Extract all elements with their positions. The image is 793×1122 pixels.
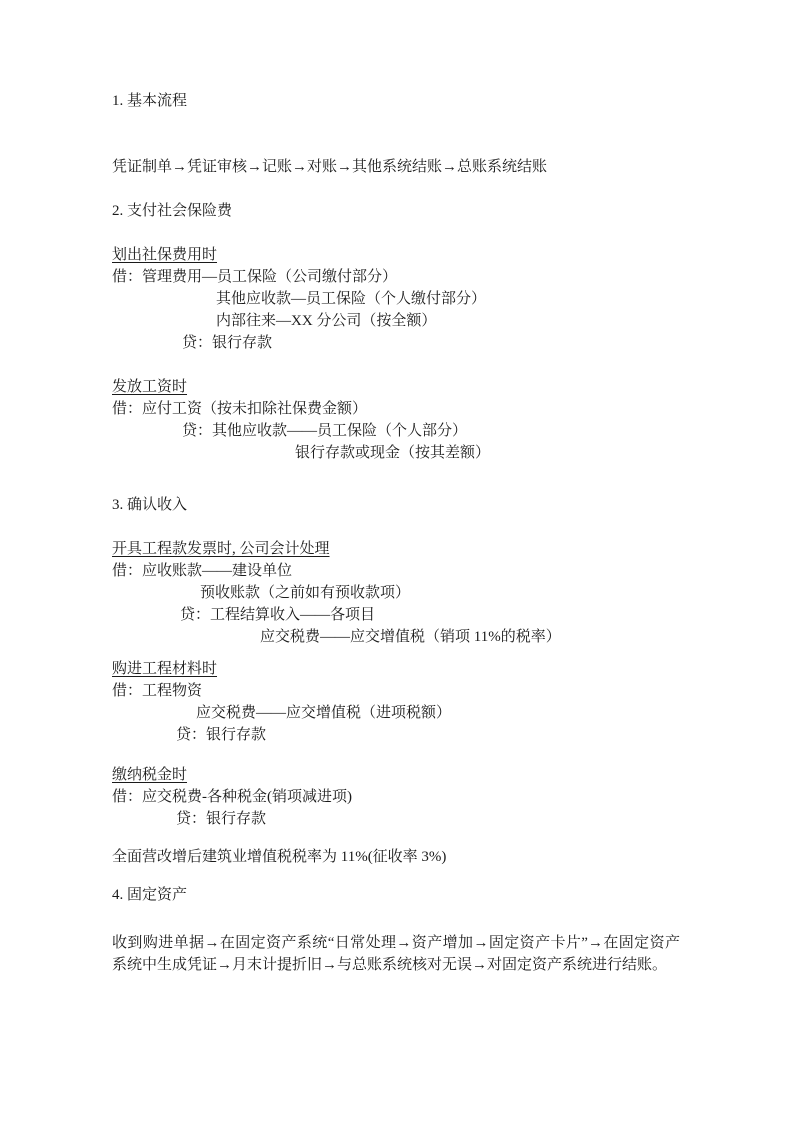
journal-entry-line: 贷：银行存款 xyxy=(112,724,680,746)
document-page: 1. 基本流程 凭证制单→凭证审核→记账→对账→其他系统结账→总账系统结账 2.… xyxy=(0,0,793,1122)
journal-entry-line: 应交税费——应交增值税（进项税额） xyxy=(112,702,680,724)
process-flow-line: 凭证制单→凭证审核→记账→对账→其他系统结账→总账系统结账 xyxy=(112,156,680,178)
section-4-heading: 4. 固定资产 xyxy=(112,884,680,906)
section-2-heading: 2. 支付社会保险费 xyxy=(112,200,680,222)
section-basic-flow: 1. 基本流程 凭证制单→凭证审核→记账→对账→其他系统结账→总账系统结账 xyxy=(112,90,680,178)
journal-entry-line: 贷：银行存款 xyxy=(112,808,680,830)
fixed-assets-process-paragraph: 收到购进单据→在固定资产系统“日常处理→资产增加→固定资产卡片”→在固定资产系统… xyxy=(112,932,680,976)
section-revenue-recognition: 3. 确认收入 开具工程款发票时, 公司会计处理 借：应收账款——建设单位 预收… xyxy=(112,494,680,868)
journal-entry-line: 借：应收账款——建设单位 xyxy=(112,560,680,582)
vat-rate-note: 全面营改增后建筑业增值税税率为 11%(征收率 3%) xyxy=(112,846,680,868)
journal-entry-line: 借：应交税费-各种税金(销项减进项) xyxy=(112,786,680,808)
subheading-transfer-social-fee: 划出社保费用时 xyxy=(112,244,680,266)
subheading-purchase-materials: 购进工程材料时 xyxy=(112,658,680,680)
journal-entry-line: 预收账款（之前如有预收款项） xyxy=(112,582,680,604)
journal-entry-line: 贷：其他应收款——员工保险（个人部分） xyxy=(112,420,680,442)
journal-entry-line: 借：工程物资 xyxy=(112,680,680,702)
journal-entry-line: 应交税费——应交增值税（销项 11%的税率） xyxy=(112,626,680,648)
subheading-invoice-issued: 开具工程款发票时, 公司会计处理 xyxy=(112,538,680,560)
section-social-insurance: 2. 支付社会保险费 划出社保费用时 借：管理费用—员工保险（公司缴付部分） 其… xyxy=(112,200,680,464)
subheading-pay-taxes: 缴纳税金时 xyxy=(112,764,680,786)
subheading-pay-salary: 发放工资时 xyxy=(112,376,680,398)
journal-entry-line: 贷：工程结算收入——各项目 xyxy=(112,604,680,626)
section-1-heading: 1. 基本流程 xyxy=(112,90,680,112)
journal-entry-line: 借：应付工资（按未扣除社保费金额） xyxy=(112,398,680,420)
journal-entry-line: 贷：银行存款 xyxy=(112,332,680,354)
section-fixed-assets: 4. 固定资产 收到购进单据→在固定资产系统“日常处理→资产增加→固定资产卡片”… xyxy=(112,884,680,976)
journal-entry-line: 借：管理费用—员工保险（公司缴付部分） xyxy=(112,266,680,288)
journal-entry-line: 银行存款或现金（按其差额） xyxy=(112,442,680,464)
journal-entry-line: 内部往来—XX 分公司（按全额） xyxy=(112,310,680,332)
journal-entry-line: 其他应收款—员工保险（个人缴付部分） xyxy=(112,288,680,310)
section-3-heading: 3. 确认收入 xyxy=(112,494,680,516)
